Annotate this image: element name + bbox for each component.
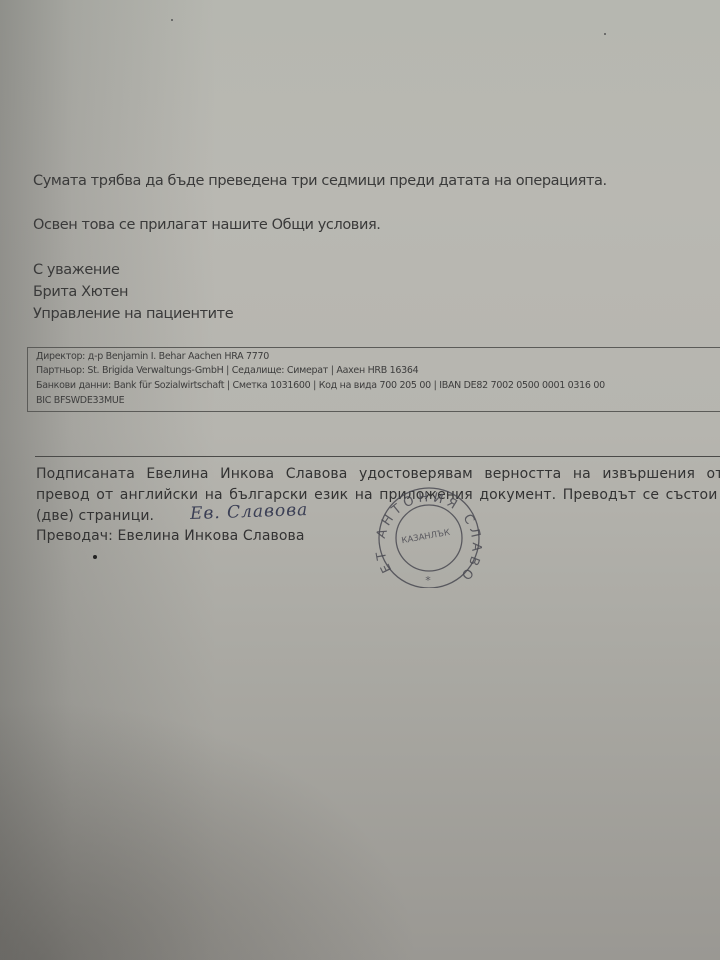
footer-director: Директор: д-р Benjamin I. Behar Aachen H… <box>36 351 269 362</box>
paper-speck <box>171 19 173 21</box>
payment-note: Сумата трябва да бъде преведена три седм… <box>33 173 607 189</box>
footer-partner: Партньор: St. Brigida Verwaltungs-GmbH |… <box>36 365 418 376</box>
ink-dot <box>93 555 97 559</box>
footer-bank-details: Банкови данни: Bank für Sozialwirtschaft… <box>36 380 605 391</box>
certification-line-3: (две) страници. <box>36 508 154 524</box>
terms-note: Освен това се прилагат нашите Общи услов… <box>33 217 381 233</box>
signer-department: Управление на пациентите <box>33 306 233 322</box>
translator-name: Преводач: Евелина Инкова Славова <box>36 528 305 544</box>
scanned-document-page: Сумата трябва да бъде преведена три седм… <box>0 0 720 960</box>
divider-line <box>35 456 720 457</box>
footer-bic: BIC BFSWDE33MUE <box>36 395 124 406</box>
official-stamp: ЕТ АНТОНИЯ СЛАВОВА КАЗАНЛЪК * <box>362 478 497 588</box>
signer-name: Брита Хютен <box>33 284 128 300</box>
handwritten-signature: Ев. Славова <box>190 500 309 524</box>
stamp-seal-icon: ЕТ АНТОНИЯ СЛАВОВА КАЗАНЛЪК * <box>362 478 497 588</box>
stamp-center-text: КАЗАНЛЪК <box>401 528 451 546</box>
svg-text:*: * <box>425 574 431 587</box>
closing-salutation: С уважение <box>33 262 120 278</box>
company-footer-box: Директор: д-р Benjamin I. Behar Aachen H… <box>27 347 720 412</box>
paper-speck <box>604 33 606 35</box>
photo-shadow <box>0 700 420 960</box>
